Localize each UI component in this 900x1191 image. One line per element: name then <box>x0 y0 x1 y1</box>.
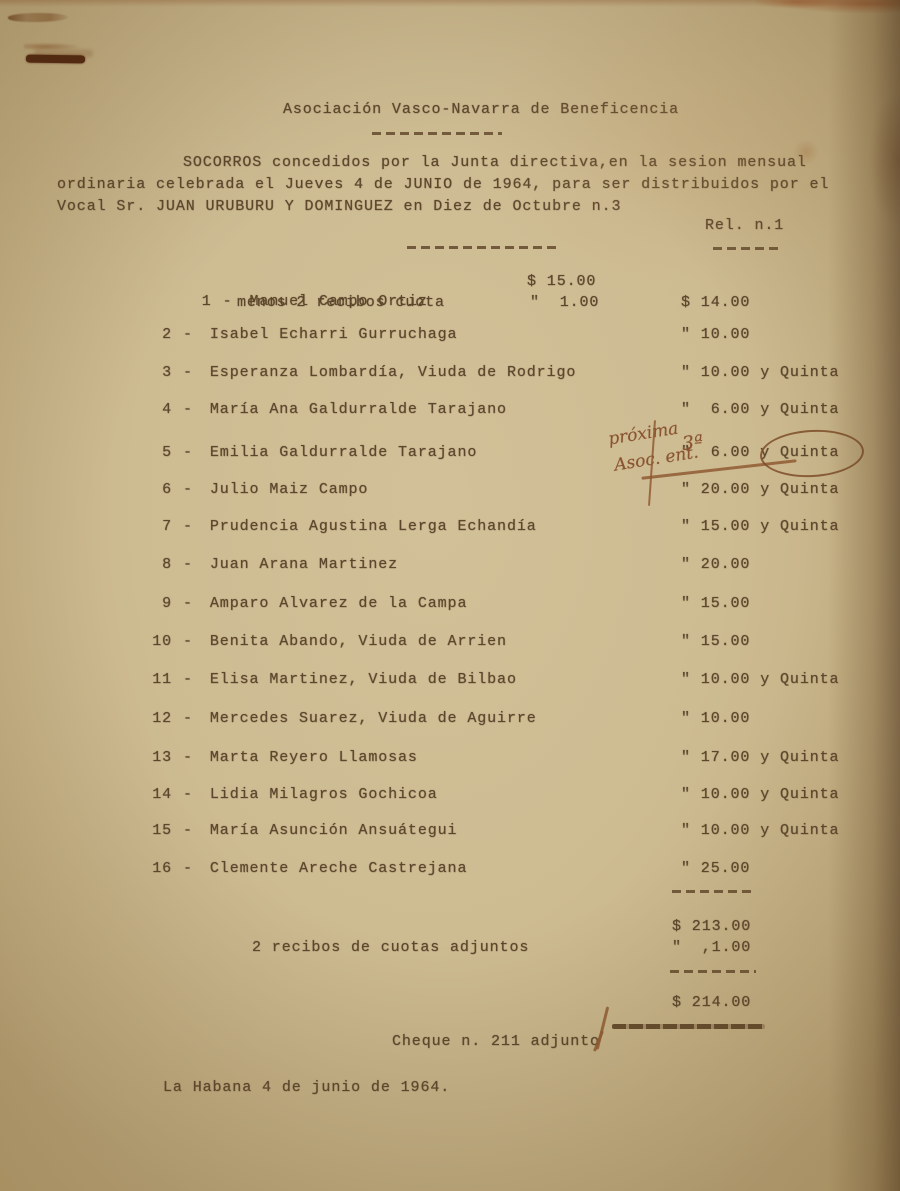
title-dashed-rule <box>372 132 502 135</box>
entry-name: Marta Reyero Llamosas <box>210 748 418 768</box>
relation-underline <box>713 247 780 250</box>
entry-name: Amparo Alvarez de la Campa <box>210 594 467 614</box>
entry-dash: - <box>183 594 193 614</box>
table-row: 9-Amparo Alvarez de la Campa <box>146 594 467 614</box>
entry-number: 10 <box>146 632 172 652</box>
entry-amount: " 6.00 y Quinta <box>681 400 839 420</box>
entry-dash: - <box>183 859 193 879</box>
entry-dash: - <box>183 480 193 500</box>
entry-dash: - <box>183 325 193 345</box>
table-row: 5-Emilia Galdurralde Tarajano <box>146 443 477 463</box>
entry-name: Juan Arana Martinez <box>210 555 398 575</box>
entry-name: Julio Maiz Campo <box>210 480 368 500</box>
entry-amount: " 17.00 y Quinta <box>681 748 839 768</box>
table-row: 14-Lidia Milagros Gochicoa <box>146 785 438 805</box>
entry-number: 9 <box>146 594 172 614</box>
entry-number: 6 <box>146 480 172 500</box>
deduction-amount: " ,1.00 <box>672 938 751 958</box>
entry-sub-amount: " 1.00 <box>530 293 599 313</box>
entry-sub-label: menos 2 recibos cuota <box>237 293 445 313</box>
entry-name: Prudencia Agustina Lerga Echandía <box>210 517 537 537</box>
entry-number: 5 <box>146 443 172 463</box>
entry-dash: - <box>183 670 193 690</box>
entry-number: 8 <box>146 555 172 575</box>
entry-dash: - <box>183 632 193 652</box>
entry-dash: - <box>223 292 233 312</box>
entry-name: Emilia Galdurralde Tarajano <box>210 443 477 463</box>
entry-number: 4 <box>146 400 172 420</box>
staple-rust-bar <box>26 55 85 64</box>
entry-dash: - <box>183 443 193 463</box>
entry-name: Elisa Martinez, Viuda de Bilbao <box>210 670 517 690</box>
entry-dash: - <box>183 363 193 383</box>
table-row: 2-Isabel Echarri Gurruchaga <box>146 325 457 345</box>
entry-amount: " 20.00 <box>681 555 750 575</box>
entry-dash: - <box>183 821 193 841</box>
entry-amount: " 10.00 y Quinta <box>681 821 839 841</box>
entry-amount: " 20.00 y Quinta <box>681 480 839 500</box>
entry-mid-amount: $ 15.00 <box>527 272 596 292</box>
table-row: 16-Clemente Areche Castrejana <box>146 859 467 879</box>
grand-total-double-rule <box>612 1024 765 1029</box>
entry-number: 13 <box>146 748 172 768</box>
entry-amount: " 10.00 y Quinta <box>681 363 839 383</box>
entry-number: 11 <box>146 670 172 690</box>
table-row: 13-Marta Reyero Llamosas <box>146 748 418 768</box>
handwritten-note-line1: próxima <box>607 419 680 450</box>
entry-amount: " 10.00 y Quinta <box>681 785 839 805</box>
entry-amount: " 10.00 <box>681 709 750 729</box>
entry-name: Clemente Areche Castrejana <box>210 859 467 879</box>
entry-name: Lidia Milagros Gochicoa <box>210 785 438 805</box>
entry-amount: " 10.00 y Quinta <box>681 670 839 690</box>
entry-name: Mercedes Suarez, Viuda de Aguirre <box>210 709 537 729</box>
entry-number: 16 <box>146 859 172 879</box>
entry-number: 12 <box>146 709 172 729</box>
entry-number: 3 <box>146 363 172 383</box>
entry-dash: - <box>183 555 193 575</box>
deduction-label: 2 recibos de cuotas adjuntos <box>252 938 529 958</box>
table-row: 12-Mercedes Suarez, Viuda de Aguirre <box>146 709 537 729</box>
entry-amount: " 25.00 <box>681 859 750 879</box>
table-row: 15-María Asunción Ansuátegui <box>146 821 457 841</box>
document-title: Asociación Vasco-Navarra de Beneficencia <box>283 100 679 120</box>
entry-amount: " 10.00 <box>681 325 750 345</box>
entry-dash: - <box>183 785 193 805</box>
table-row: 10-Benita Abando, Viuda de Arrien <box>146 632 507 652</box>
entry-name: Isabel Echarri Gurruchaga <box>210 325 458 345</box>
table-row: 4-María Ana Galdurralde Tarajano <box>146 400 507 420</box>
total-rule <box>670 970 756 973</box>
section-dashed-separator <box>407 246 560 249</box>
cheque-note: Cheque n. 211 adjunto <box>392 1032 600 1052</box>
entry-amount: " 15.00 <box>681 632 750 652</box>
entry-dash: - <box>183 709 193 729</box>
entry-number: 7 <box>146 517 172 537</box>
entry-amount: " 15.00 y Quinta <box>681 517 839 537</box>
entry-name: Benita Abando, Viuda de Arrien <box>210 632 507 652</box>
entry-dash: - <box>183 517 193 537</box>
entry-amount: " 15.00 <box>681 594 750 614</box>
scanned-document-page: Asociación Vasco-Navarra de Beneficencia… <box>0 0 900 1191</box>
total-amount: $ 214.00 <box>672 993 751 1013</box>
entry-amount: $ 14.00 <box>681 293 750 313</box>
relation-number: Rel. n.1 <box>705 216 784 236</box>
intro-line-3: Vocal Sr. JUAN URUBURU Y DOMINGUEZ en Di… <box>57 197 621 217</box>
subtotal-rule <box>672 890 754 893</box>
table-row: 11-Elisa Martinez, Viuda de Bilbao <box>146 670 517 690</box>
entry-number: 2 <box>146 325 172 345</box>
pen-circle-around-quinta <box>759 427 865 479</box>
place-date-line: La Habana 4 de junio de 1964. <box>163 1078 450 1098</box>
rust-smudge-mark <box>24 43 78 50</box>
subtotal-amount: $ 213.00 <box>672 917 751 937</box>
entry-number: 1 <box>186 292 212 312</box>
entry-dash: - <box>183 748 193 768</box>
rust-smudge-mark <box>8 12 68 22</box>
entry-dash: - <box>183 400 193 420</box>
table-row: 7-Prudencia Agustina Lerga Echandía <box>146 517 537 537</box>
entry-name: María Asunción Ansuátegui <box>210 821 458 841</box>
table-row: 3-Esperanza Lombardía, Viuda de Rodrigo <box>146 363 576 383</box>
entry-name: Esperanza Lombardía, Viuda de Rodrigo <box>210 363 576 383</box>
handwritten-note-mark: 3ª <box>681 431 704 455</box>
entry-number: 15 <box>146 821 172 841</box>
intro-line-1: SOCORROS concedidos por la Junta directi… <box>57 153 807 173</box>
entry-number: 14 <box>146 785 172 805</box>
intro-line-2: ordinaria celebrada el Jueves 4 de JUNIO… <box>57 175 829 195</box>
table-row: 8-Juan Arana Martinez <box>146 555 398 575</box>
table-row: 6-Julio Maiz Campo <box>146 480 368 500</box>
entry-name: María Ana Galdurralde Tarajano <box>210 400 507 420</box>
